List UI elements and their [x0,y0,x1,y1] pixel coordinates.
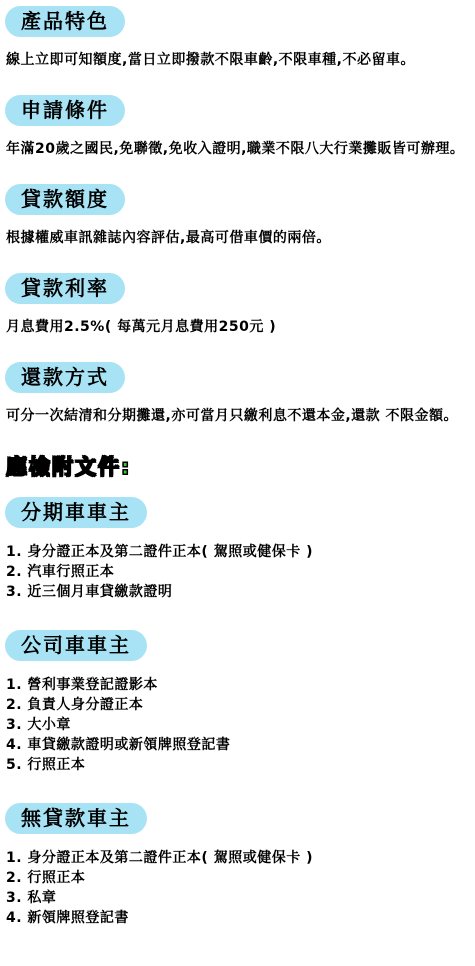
section-pill-loan-amount: 貸款額度 [5,184,125,215]
doc-list-item: 2. 負責人身分證正本 [6,695,470,715]
doc-list-item: 1. 身分證正本及第二證件正本( 駕照或健保卡 ) [6,848,470,868]
section-body-product-features: 線上立即可知額度,當日立即撥款不限車齡,不限車種,不必留車。 [6,51,470,69]
doc-list-no-loan: 1. 身分證正本及第二證件正本( 駕照或健保卡 ) 2. 行照正本 3. 私章 … [6,848,470,928]
section-loan-amount: 貸款額度 根據權威車訊雜誌內容評估,最高可借車價的兩倍。 [4,184,470,247]
doc-list-item: 3. 大小章 [6,715,470,735]
section-pill-loan-rate: 貸款利率 [5,273,125,304]
doc-list-item: 1. 身分證正本及第二證件正本( 駕照或健保卡 ) [6,542,470,562]
section-body-repayment-method: 可分一次結清和分期攤還,亦可當月只繳利息不還本金,還款 不限金額。 [6,407,470,425]
doc-list-item: 2. 行照正本 [6,868,470,888]
doc-list-company: 1. 營利事業登記證影本 2. 負責人身分證正本 3. 大小章 4. 車貸繳款證… [6,675,470,775]
documents-heading: 應檢附文件: [6,451,470,481]
loan-info-page: { "theme": { "pill_background": "#a7e3f5… [0,0,475,966]
section-loan-rate: 貸款利率 月息費用2.5%( 每萬元月息費用250元 ) [4,273,470,336]
doc-list-installment: 1. 身分證正本及第二證件正本( 駕照或健保卡 ) 2. 汽車行照正本 3. 近… [6,542,470,602]
doc-list-item: 5. 行照正本 [6,755,470,775]
doc-list-item: 1. 營利事業登記證影本 [6,675,470,695]
doc-list-item: 3. 私章 [6,888,470,908]
doc-list-item: 3. 近三個月車貸繳款證明 [6,582,470,602]
group-pill-company-car-owner: 公司車車主 [5,630,147,661]
group-installment-car-owner: 分期車車主 1. 身分證正本及第二證件正本( 駕照或健保卡 ) 2. 汽車行照正… [4,497,470,602]
section-product-features: 產品特色 線上立即可知額度,當日立即撥款不限車齡,不限車種,不必留車。 [4,6,470,69]
section-body-loan-amount: 根據權威車訊雜誌內容評估,最高可借車價的兩倍。 [6,229,470,247]
doc-list-item: 2. 汽車行照正本 [6,562,470,582]
section-pill-product-features: 產品特色 [5,6,125,37]
group-pill-installment-car-owner: 分期車車主 [5,497,147,528]
section-apply-conditions: 申請條件 年滿20歲之國民,免聯徵,免收入證明,職業不限八大行業攤販皆可辦理。 [4,95,470,158]
section-body-apply-conditions: 年滿20歲之國民,免聯徵,免收入證明,職業不限八大行業攤販皆可辦理。 [6,140,470,158]
group-pill-no-loan-car-owner: 無貸款車主 [5,803,147,834]
section-pill-repayment-method: 還款方式 [5,362,125,393]
section-repayment-method: 還款方式 可分一次結清和分期攤還,亦可當月只繳利息不還本金,還款 不限金額。 [4,362,470,425]
section-body-loan-rate: 月息費用2.5%( 每萬元月息費用250元 ) [6,318,470,336]
doc-list-item: 4. 車貸繳款證明或新領牌照登記書 [6,735,470,755]
doc-list-item: 4. 新領牌照登記書 [6,908,470,928]
section-pill-apply-conditions: 申請條件 [5,95,125,126]
group-no-loan-car-owner: 無貸款車主 1. 身分證正本及第二證件正本( 駕照或健保卡 ) 2. 行照正本 … [4,803,470,928]
group-company-car-owner: 公司車車主 1. 營利事業登記證影本 2. 負責人身分證正本 3. 大小章 4.… [4,630,470,775]
